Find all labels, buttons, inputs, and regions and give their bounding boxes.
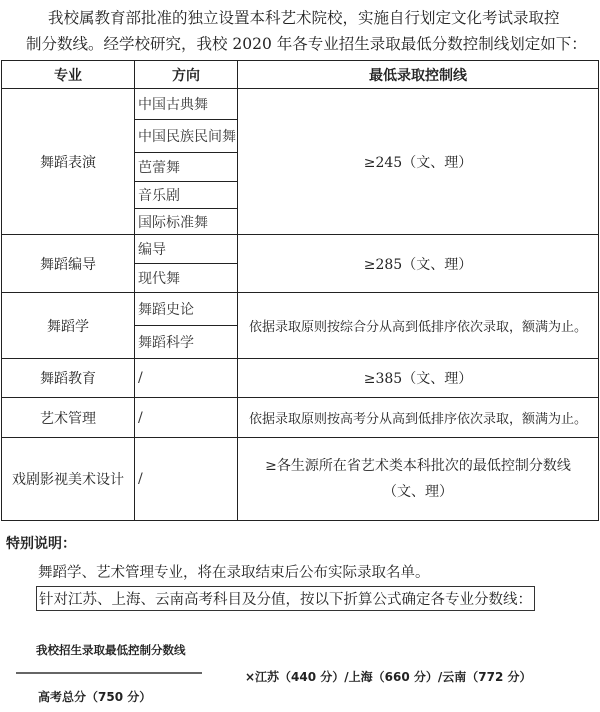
direction-cell: 舞蹈科学 bbox=[135, 326, 238, 359]
major-cell: 舞蹈编导 bbox=[2, 235, 135, 293]
table-row: 戏剧影视美术设计 / ≥各生源所在省艺术类本科批次的最低控制分数线 （文、理） bbox=[2, 438, 599, 521]
direction-cell: / bbox=[135, 438, 238, 521]
major-cell: 舞蹈教育 bbox=[2, 359, 135, 398]
direction-cell: 国际标准舞 bbox=[135, 209, 238, 235]
table-row: 舞蹈编导 编导 ≥285（文、理） bbox=[2, 235, 599, 264]
major-cell: 艺术管理 bbox=[2, 398, 135, 438]
formula-numerator: 我校招生录取最低控制分数线 bbox=[36, 642, 186, 658]
header-direction: 方向 bbox=[135, 61, 238, 89]
header-score: 最低录取控制线 bbox=[238, 61, 599, 89]
table-row: 舞蹈教育 / ≥385（文、理） bbox=[2, 359, 599, 398]
score-cell: 依据录取原则按高考分从高到低排序依次录取，额满为止。 bbox=[238, 398, 599, 438]
direction-cell: 舞蹈史论 bbox=[135, 293, 238, 326]
intro-line-1: 我校属教育部批准的独立设置本科艺术院校，实施自行划定文化考试录取控 bbox=[48, 4, 560, 32]
direction-cell: 编导 bbox=[135, 235, 238, 264]
notes-title: 特别说明： bbox=[6, 533, 76, 553]
table-row: 艺术管理 / 依据录取原则按高考分从高到低排序依次录取，额满为止。 bbox=[2, 398, 599, 438]
score-cell: 依据录取原则按综合分从高到低排序依次录取，额满为止。 bbox=[238, 293, 599, 359]
score-line-1: ≥各生源所在省艺术类本科批次的最低控制分数线 bbox=[238, 453, 598, 479]
major-cell: 戏剧影视美术设计 bbox=[2, 438, 135, 521]
score-line-2: （文、理） bbox=[238, 479, 598, 505]
score-cell: ≥各生源所在省艺术类本科批次的最低控制分数线 （文、理） bbox=[238, 438, 599, 521]
formula-multiplier: ×江苏（440 分）/上海（660 分）/云南（772 分） bbox=[245, 668, 532, 685]
score-cell: ≥285（文、理） bbox=[238, 235, 599, 293]
header-major: 专业 bbox=[2, 61, 135, 89]
direction-cell: 现代舞 bbox=[135, 264, 238, 293]
table-header-row: 专业 方向 最低录取控制线 bbox=[2, 61, 599, 89]
table-row: 舞蹈学 舞蹈史论 依据录取原则按综合分从高到低排序依次录取，额满为止。 bbox=[2, 293, 599, 326]
direction-cell: 音乐剧 bbox=[135, 182, 238, 209]
notes-line-1: 舞蹈学、艺术管理专业，将在录取结束后公布实际录取名单。 bbox=[38, 561, 430, 582]
notes-line-2-boxed: 针对江苏、上海、云南高考科目及分值，按以下折算公式确定各专业分数线： bbox=[36, 586, 535, 611]
score-table: 专业 方向 最低录取控制线 舞蹈表演 中国古典舞 ≥245（文、理） 中国民族民… bbox=[1, 60, 599, 521]
score-cell: ≥385（文、理） bbox=[238, 359, 599, 398]
direction-cell: 中国古典舞 bbox=[135, 89, 238, 120]
direction-cell: / bbox=[135, 359, 238, 398]
formula-fraction-bar bbox=[16, 672, 202, 674]
score-cell: ≥245（文、理） bbox=[238, 89, 599, 235]
major-cell: 舞蹈表演 bbox=[2, 89, 135, 235]
major-cell: 舞蹈学 bbox=[2, 293, 135, 359]
intro-line-2: 制分数线。经学校研究，我校 2020 年各专业招生录取最低分数控制线划定如下： bbox=[26, 30, 587, 58]
table-row: 舞蹈表演 中国古典舞 ≥245（文、理） bbox=[2, 89, 599, 120]
formula-denominator: 高考总分（750 分） bbox=[38, 688, 151, 705]
direction-cell: 中国民族民间舞 bbox=[135, 120, 238, 153]
direction-cell: 芭蕾舞 bbox=[135, 153, 238, 182]
direction-cell: / bbox=[135, 398, 238, 438]
